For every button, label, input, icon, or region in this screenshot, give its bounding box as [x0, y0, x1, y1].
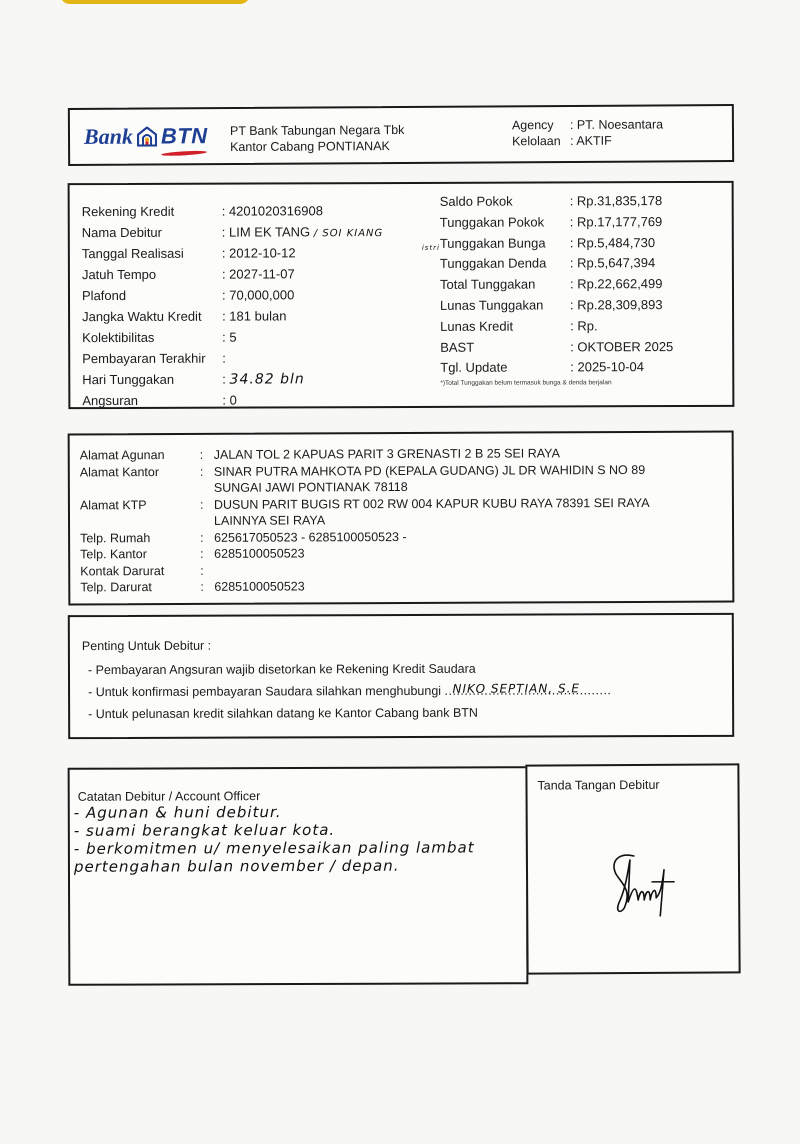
telp-rumah-value: 625617050523 - 6285100050523 -: [214, 527, 650, 545]
note-line: - Agunan & huni debitur.: [74, 802, 475, 821]
note-line: pertengahan bulan november / depan.: [74, 856, 475, 875]
note-line: - berkomitmen u/ menyelesaikan paling la…: [74, 838, 475, 857]
address-fields: Alamat Agunan:JALAN TOL 2 KAPUAS PARIT 3…: [80, 445, 650, 596]
field-label: [80, 513, 200, 530]
hari-tunggakan-value: : 34.82 bln: [222, 368, 384, 390]
field-label: Alamat Agunan: [80, 447, 200, 464]
credit-left-fields: Rekening Kredit : 4201020316908 Nama Deb…: [82, 200, 384, 411]
field-label: Total Tunggakan: [440, 275, 570, 296]
important-notice-section: Penting Untuk Debitur : - Pembayaran Ang…: [68, 613, 734, 739]
field-label: BAST: [440, 337, 570, 358]
jatuh-tempo-value: : 2027-11-07: [222, 263, 384, 285]
tunggakan-pokok-value: : Rp.17,177,769: [570, 212, 673, 233]
field-label: Telp. Darurat: [80, 579, 200, 596]
handwritten-notes: - Agunan & huni debitur. - suami berangk…: [74, 802, 475, 875]
alamat-ktp-value: DUSUN PARIT BUGIS RT 002 RW 004 KAPUR KU…: [214, 494, 650, 512]
tunggakan-bunga-value: : Rp.5,484,730: [570, 233, 673, 254]
field-label: Plafond: [82, 285, 222, 306]
bank-btn-logo: Bank BTN: [84, 123, 208, 150]
field-label: Kontak Darurat: [80, 562, 200, 579]
field-label: Nama Debitur: [82, 222, 222, 243]
field-label: Angsuran: [82, 390, 222, 411]
separator: :: [200, 546, 214, 563]
kelolaan-value: : AKTIF: [570, 132, 663, 149]
saldo-pokok-value: : Rp.31,835,178: [570, 191, 673, 212]
field-label: Tgl. Update: [440, 358, 570, 379]
bast-value: : OKTOBER 2025: [570, 337, 673, 358]
notice-item: - Untuk pelunasan kredit silahkan datang…: [88, 701, 611, 725]
handwritten-name: / SOI KIANGistri: [314, 228, 384, 239]
field-label: Rekening Kredit: [82, 201, 222, 222]
account-officer-blank: ........................................…: [444, 683, 611, 698]
field-label: Pembayaran Terakhir: [82, 348, 222, 369]
field-label: Alamat KTP: [80, 496, 200, 513]
telp-kantor-value: 6285100050523: [214, 544, 650, 562]
signature-scribble: [608, 850, 688, 920]
alamat-kantor-value-cont: SUNGAI JAWI PONTIANAK 78118: [214, 478, 650, 496]
field-label: Alamat Kantor: [80, 463, 200, 480]
kolektibilitas-value: : 5: [222, 326, 384, 348]
logo-swoosh: [161, 150, 207, 157]
field-label: Tunggakan Bunga: [440, 233, 570, 254]
kelolaan-label: Kelolaan: [512, 133, 570, 149]
notice-title: Penting Untuk Debitur :: [82, 639, 211, 653]
bank-name: PT Bank Tabungan Negara Tbk: [230, 122, 405, 139]
separator: :: [200, 579, 214, 596]
notes-section: Catatan Debitur / Account Officer - Agun…: [68, 766, 529, 986]
telp-darurat-value: 6285100050523: [214, 577, 650, 595]
alamat-agunan-value: JALAN TOL 2 KAPUAS PARIT 3 GRENASTI 2 B …: [214, 445, 650, 463]
credit-right-fields: Saldo Pokok : Rp.31,835,178 Tunggakan Po…: [440, 191, 674, 379]
separator: :: [200, 447, 214, 464]
alamat-ktp-value-cont: LAINNYA SEI RAYA: [214, 511, 650, 529]
paper-edge: [60, 0, 250, 4]
house-icon: [137, 126, 157, 146]
logo-btn-text: BTN: [161, 123, 208, 149]
handwritten-tunggakan: 34.82 bln: [230, 371, 305, 387]
separator: :: [200, 562, 214, 579]
jangka-waktu-value: : 181 bulan: [222, 305, 384, 327]
signature-section: Tanda Tangan Debitur: [525, 763, 740, 974]
separator: [200, 480, 214, 497]
total-tunggakan-value: : Rp.22,662,499: [570, 274, 673, 295]
notice-item: - Untuk konfirmasi pembayaran Saudara si…: [88, 679, 611, 703]
separator: :: [200, 463, 214, 480]
field-label: Kolektibilitas: [82, 327, 222, 348]
lunas-kredit-value: : Rp.: [570, 316, 673, 337]
nama-debitur-value: : LIM EK TANG / SOI KIANGistri: [222, 221, 384, 243]
credit-info-section: Rekening Kredit : 4201020316908 Nama Deb…: [68, 181, 735, 409]
lunas-tunggakan-value: : Rp.28,309,893: [570, 295, 673, 316]
tanggal-realisasi-value: : 2012-10-12: [222, 242, 384, 264]
field-label: [80, 480, 200, 497]
notes-title: Catatan Debitur / Account Officer: [78, 789, 261, 804]
field-label: Telp. Rumah: [80, 529, 200, 546]
agency-value: : PT. Noesantara: [570, 116, 663, 133]
separator: :: [200, 496, 214, 513]
bank-header: Bank BTN PT Bank Tabungan Negara Tbk Kan…: [68, 104, 734, 166]
separator: [200, 513, 214, 530]
signature-title: Tanda Tangan Debitur: [537, 778, 659, 793]
alamat-kantor-value: SINAR PUTRA MAHKOTA PD (KEPALA GUDANG) J…: [214, 461, 650, 479]
agency-info: Agency : PT. Noesantara Kelolaan : AKTIF: [512, 116, 663, 149]
pembayaran-terakhir-value: :: [222, 347, 384, 369]
agency-label: Agency: [512, 117, 570, 133]
handwritten-account-officer: NIKO SEPTIAN, S.E: [452, 677, 580, 699]
field-label: Hari Tunggakan: [82, 369, 222, 390]
rekening-kredit-value: : 4201020316908: [222, 200, 384, 222]
address-section: Alamat Agunan:JALAN TOL 2 KAPUAS PARIT 3…: [68, 431, 735, 606]
field-label: Jatuh Tempo: [82, 264, 222, 285]
footnote: *)Total Tunggakan belum termasuk bunga &…: [440, 379, 611, 387]
field-label: Tunggakan Denda: [440, 254, 570, 275]
separator: :: [200, 529, 214, 546]
branch-name: Kantor Cabang PONTIANAK: [230, 138, 405, 155]
note-line: - suami berangkat keluar kota.: [74, 820, 475, 839]
tunggakan-denda-value: : Rp.5,647,394: [570, 253, 673, 274]
field-label: Jangka Waktu Kredit: [82, 306, 222, 327]
field-label: Saldo Pokok: [440, 191, 570, 212]
field-label: Tanggal Realisasi: [82, 243, 222, 264]
field-label: Tunggakan Pokok: [440, 212, 570, 233]
plafond-value: : 70,000,000: [222, 284, 384, 306]
tgl-update-value: : 2025-10-04: [570, 357, 673, 378]
field-label: Lunas Tunggakan: [440, 295, 570, 316]
bank-info: PT Bank Tabungan Negara Tbk Kantor Caban…: [230, 122, 405, 155]
logo-bank-text: Bank: [84, 124, 133, 150]
field-label: Telp. Kantor: [80, 546, 200, 563]
kontak-darurat-value: [214, 560, 650, 578]
notice-list: - Pembayaran Angsuran wajib disetorkan k…: [88, 657, 612, 725]
angsuran-value: : 0: [222, 389, 384, 411]
field-label: Lunas Kredit: [440, 316, 570, 337]
